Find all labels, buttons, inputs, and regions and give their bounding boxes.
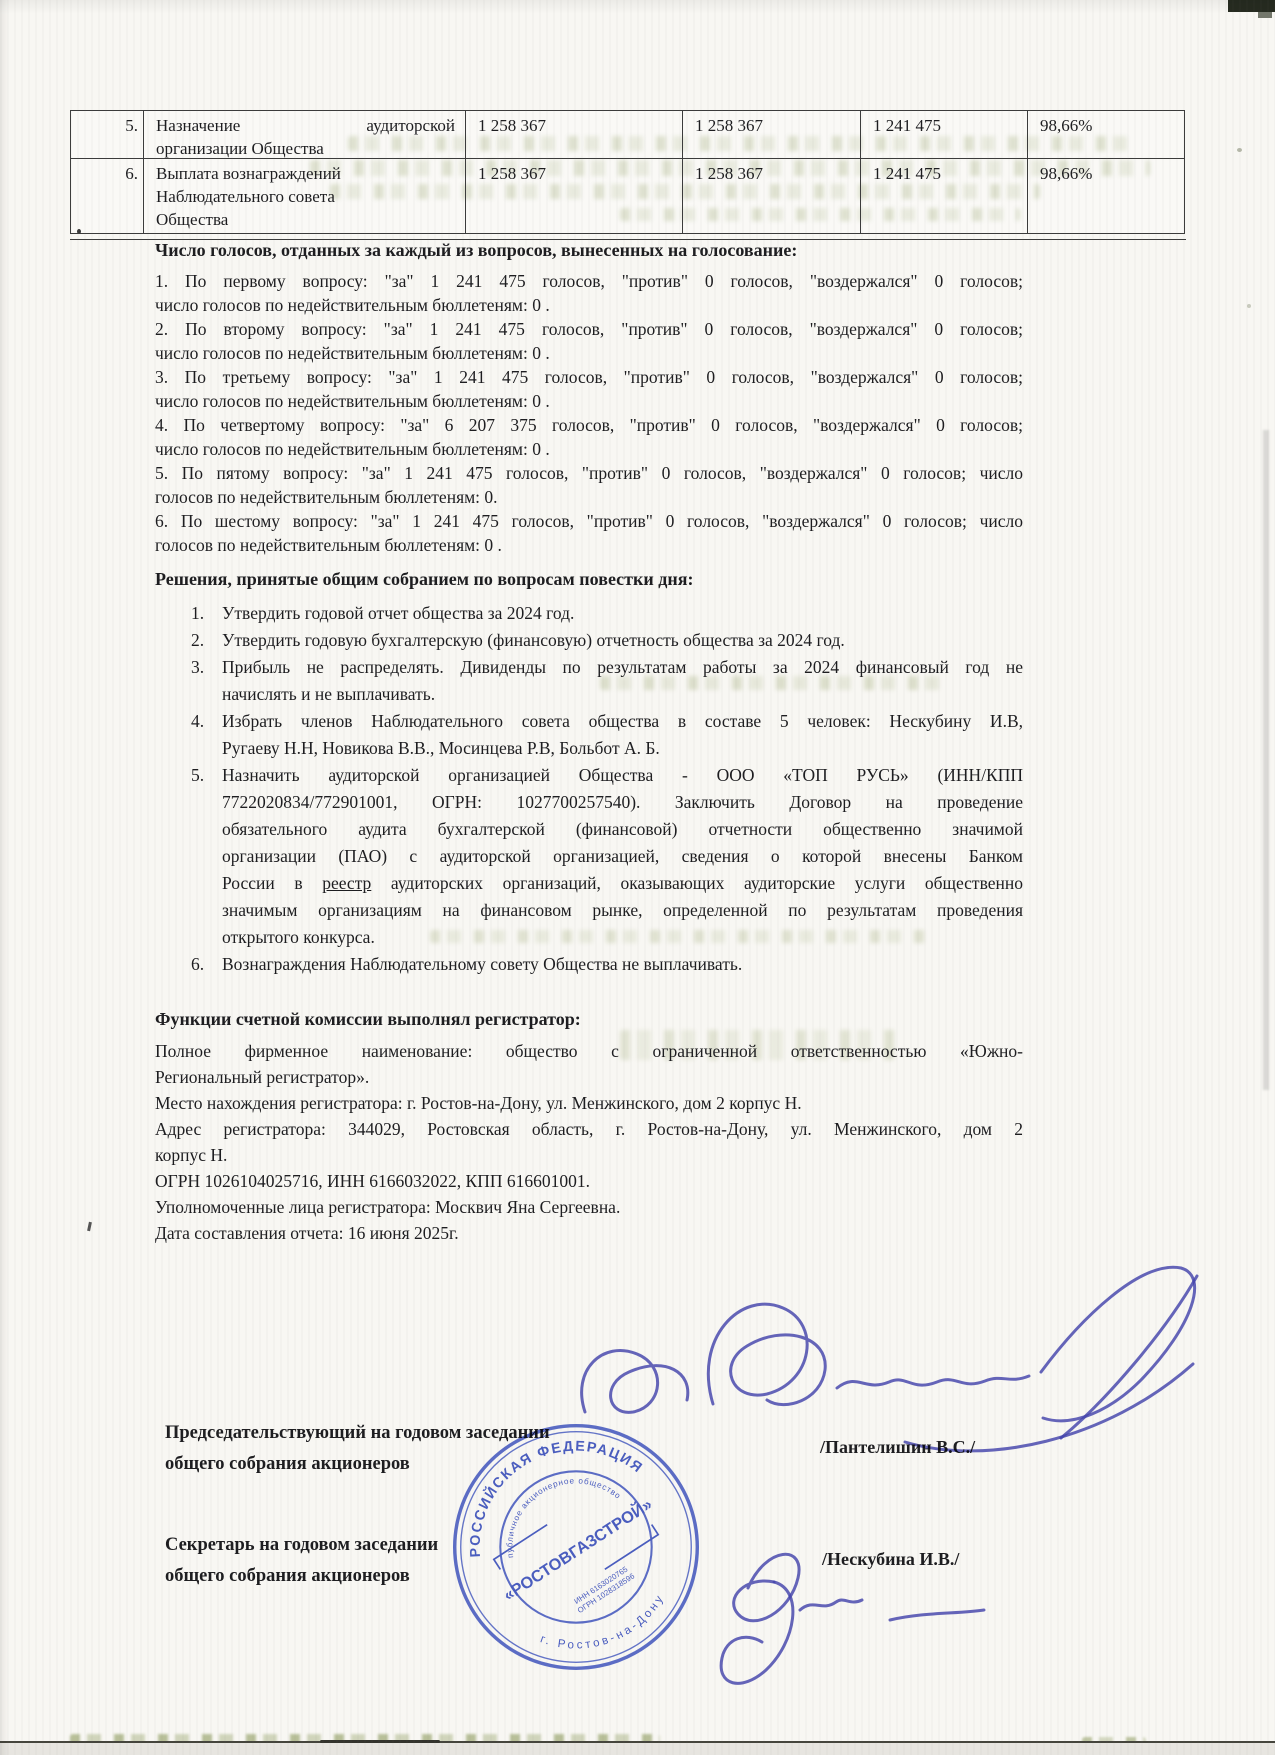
decision-line: открытого конкурса. (222, 924, 1023, 951)
registry-link-text: реестр (322, 873, 371, 893)
registrar-line: Адрес регистратора: 344029, Ростовская о… (155, 1116, 1023, 1142)
decision-line: Прибыль не распределять. Дивиденды по ре… (222, 654, 1023, 681)
table-row6-number: 6. (71, 159, 144, 233)
decision-number: 5. (191, 762, 204, 789)
registrar-heading: Функции счетной комиссии выполнял регист… (155, 1006, 1023, 1032)
decision-line: Утвердить годовой отчет общества за 2024… (222, 600, 1023, 627)
decision-item: 5. Назначить аудиторской организацией Об… (155, 762, 1023, 951)
table-row6-votes-total: 1 258 367 (466, 159, 683, 233)
table-row5-votes-quorum: 1 258 367 (683, 111, 861, 159)
decision-number: 6. (191, 951, 204, 978)
scan-corner-mark (1228, 0, 1275, 12)
decision-number: 2. (191, 627, 204, 654)
votes-line: 6. По шестому вопросу: "за" 1 241 475 го… (155, 509, 1023, 533)
scanned-document-page: 5. Назначение аудиторской организации Об… (0, 0, 1275, 1755)
secretary-autograph (628, 1524, 1118, 1704)
table-row5-percent: 98,66% (1028, 111, 1184, 159)
registrar-line: ОГРН 1026104025716, ИНН 6166032022, КПП … (155, 1168, 1023, 1194)
table-cell-line: Наблюдательного совета (156, 185, 455, 208)
decision-line: обязательного аудита бухгалтерской (фина… (222, 816, 1023, 843)
bottom-scan-line (0, 1741, 1275, 1743)
ink-dot-artifact (77, 229, 81, 234)
scan-streak-artifact (1263, 430, 1269, 1090)
table-row6-votes-for: 1 241 475 (861, 159, 1028, 233)
table-cell-line: организации Общества (156, 137, 455, 159)
chairman-autograph (545, 1242, 1225, 1472)
decision-line: начислять и не выплачивать. (222, 681, 1023, 708)
voting-results-table: 5. Назначение аудиторской организации Об… (70, 110, 1185, 234)
registrar-line: Место нахождения регистратора: г. Ростов… (155, 1090, 1023, 1116)
scan-speck (1247, 304, 1251, 308)
decisions-section: Решения, принятые общим собранием по воп… (155, 566, 1023, 978)
votes-line: число голосов по недействительным бюллет… (155, 437, 1023, 461)
decision-item: 2. Утвердить годовую бухгалтерскую (фина… (155, 627, 1023, 654)
votes-line: голосов по недействительным бюллетеням: … (155, 533, 1023, 557)
votes-line: 4. По четвертому вопросу: "за" 6 207 375… (155, 413, 1023, 437)
decision-number: 3. (191, 654, 204, 681)
table-row5-number: 5. (71, 111, 144, 159)
decision-line: Избрать членов Наблюдательного совета об… (222, 708, 1023, 735)
decision-line: Утвердить годовую бухгалтерскую (финансо… (222, 627, 1023, 654)
votes-line: число голосов по недействительным бюллет… (155, 389, 1023, 413)
decision-text: России в (222, 873, 322, 893)
table-row5-question: Назначение аудиторской организации Общес… (144, 111, 466, 159)
registrar-section: Функции счетной комиссии выполнял регист… (155, 1006, 1023, 1246)
registrar-line: Региональный регистратор». (155, 1064, 1023, 1090)
table-row6-question: Выплата вознаграждений Наблюдательного с… (144, 159, 466, 233)
decision-line: 7722020834/772901001, ОГРН: 102770025754… (222, 789, 1023, 816)
decision-item: 1. Утвердить годовой отчет общества за 2… (155, 600, 1023, 627)
decision-item: 6. Вознаграждения Наблюдательному совету… (155, 951, 1023, 978)
registrar-line: Уполномоченные лица регистратора: Москви… (155, 1194, 1023, 1220)
votes-line: 5. По пятому вопросу: "за" 1 241 475 гол… (155, 461, 1023, 485)
votes-line: 3. По третьему вопросу: "за" 1 241 475 г… (155, 365, 1023, 389)
table-row6-votes-quorum: 1 258 367 (683, 159, 861, 233)
registrar-line: Полное фирменное наименование: общество … (155, 1038, 1023, 1064)
scan-paper-edge (0, 1743, 1275, 1755)
table-cell-line: Выплата вознаграждений (156, 162, 455, 185)
decision-line: значимым организациям на финансовом рынк… (222, 897, 1023, 924)
table-row6-percent: 98,66% (1028, 159, 1184, 233)
bottom-scan-line-dark (320, 1740, 440, 1743)
decision-item: 3. Прибыль не распределять. Дивиденды по… (155, 654, 1023, 708)
registrar-line: корпус Н. (155, 1142, 1023, 1168)
decision-line: России в реестр аудиторских организаций,… (222, 870, 1023, 897)
votes-line: 2. По второму вопросу: "за" 1 241 475 го… (155, 317, 1023, 341)
votes-line: число голосов по недействительным бюллет… (155, 341, 1023, 365)
scan-corner-mark (1258, 12, 1272, 18)
votes-line: число голосов по недействительным бюллет… (155, 293, 1023, 317)
votes-section: Число голосов, отданных за каждый из воп… (155, 237, 1023, 557)
decision-line: Ругаеву Н.Н, Новикова В.В., Мосинцева Р.… (222, 735, 1023, 762)
table-cell-line: Общества (156, 208, 455, 231)
scan-speck (1237, 148, 1242, 152)
ink-mark-artifact (87, 1222, 92, 1231)
decision-number: 1. (191, 600, 204, 627)
table-cell-line: Назначение аудиторской (156, 114, 455, 137)
decisions-heading: Решения, принятые общим собранием по воп… (155, 566, 1023, 592)
votes-line: 1. По первому вопросу: "за" 1 241 475 го… (155, 269, 1023, 293)
decision-line: Назначить аудиторской организацией Общес… (222, 762, 1023, 789)
decision-item: 4. Избрать членов Наблюдательного совета… (155, 708, 1023, 762)
decision-text: аудиторских организаций, оказывающих ауд… (371, 873, 1023, 893)
decision-line: организации (ПАО) с аудиторской организа… (222, 843, 1023, 870)
decision-line: Вознаграждения Наблюдательному совету Об… (222, 951, 1023, 978)
votes-line: голосов по недействительным бюллетеням: … (155, 485, 1023, 509)
table-row5-votes-total: 1 258 367 (466, 111, 683, 159)
decision-number: 4. (191, 708, 204, 735)
table-row5-votes-for: 1 241 475 (861, 111, 1028, 159)
votes-heading: Число голосов, отданных за каждый из воп… (155, 237, 1023, 263)
